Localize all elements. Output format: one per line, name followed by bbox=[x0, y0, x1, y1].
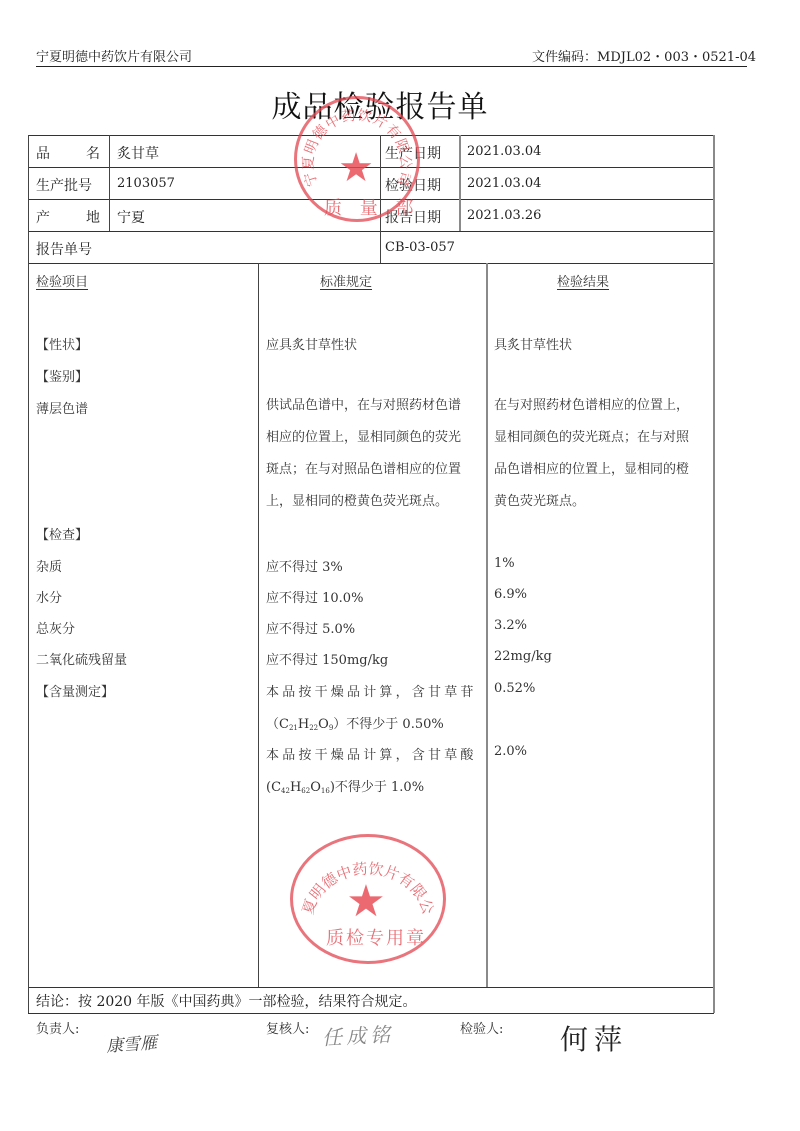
text-line: 品色谱相应的位置上，显相同的橙 bbox=[494, 454, 712, 486]
standard-liquiritin-line2: （C21H22O9）不得少于 0.50% bbox=[266, 713, 444, 732]
production-date: 2021.03.04 bbox=[467, 144, 541, 159]
row-divider bbox=[28, 987, 714, 988]
company-name: 宁夏明德中药饮片有限公司 bbox=[36, 46, 192, 65]
formula-subscript: 21 bbox=[289, 724, 298, 732]
inspection-date: 2021.03.04 bbox=[467, 176, 541, 191]
standard-glycyrrhizic-line2: (C42H62O16)不得少于 1.0% bbox=[266, 776, 424, 795]
text-line: 供试品色谱中，在与对照药材色谱 bbox=[266, 390, 486, 422]
text-line: 显相同颜色的荧光斑点；在与对照 bbox=[494, 422, 712, 454]
result-glycyrrhizic: 2.0% bbox=[494, 744, 527, 759]
label-char: 地 bbox=[86, 207, 100, 227]
col-divider bbox=[258, 263, 259, 987]
text-line: 相应的位置上，显相同颜色的荧光 bbox=[266, 422, 486, 454]
text-line: 斑点；在与对照品色谱相应的位置 bbox=[266, 454, 486, 486]
responsible-signature: 康雪雁 bbox=[105, 1028, 158, 1056]
text-span: 不得少于 0.50% bbox=[346, 717, 443, 732]
text-span: 不得少于 1.0% bbox=[335, 780, 424, 795]
item-total-ash: 总灰分 bbox=[36, 618, 75, 637]
responsible-label: 负责人: bbox=[36, 1018, 79, 1037]
standard-properties: 应具炙甘草性状 bbox=[266, 334, 357, 353]
item-so2-residue: 二氧化硫残留量 bbox=[36, 649, 127, 668]
reviewer-signature: 任成铭 bbox=[321, 1018, 394, 1051]
result-so2-residue: 22mg/kg bbox=[494, 649, 552, 664]
item-identification: 【鉴别】 bbox=[36, 366, 88, 385]
star-icon: ★ bbox=[344, 880, 388, 924]
formula-subscript: 22 bbox=[309, 724, 318, 732]
table-border-right bbox=[713, 135, 715, 1013]
result-liquiritin: 0.52% bbox=[494, 681, 535, 696]
row-divider bbox=[28, 231, 714, 232]
col-divider bbox=[459, 135, 461, 231]
product-name-label: 品 名 bbox=[36, 143, 100, 163]
inspector-signature: 何萍 bbox=[560, 1018, 628, 1058]
table-border-bottom bbox=[28, 1013, 714, 1014]
col-header-standard: 标准规定 bbox=[320, 271, 372, 290]
formula-subscript: 9 bbox=[329, 724, 333, 732]
label-char: 品 bbox=[36, 143, 50, 163]
standard-moisture: 应不得过 10.0% bbox=[266, 587, 363, 606]
item-properties: 【性状】 bbox=[36, 334, 88, 353]
item-inspection: 【检查】 bbox=[36, 524, 88, 543]
formula-subscript: 42 bbox=[281, 787, 290, 795]
report-no: CB-03-057 bbox=[385, 240, 455, 255]
text-line: 在与对照药材色谱相应的位置上， bbox=[494, 390, 712, 422]
header-divider bbox=[36, 66, 747, 67]
col-divider bbox=[109, 135, 110, 231]
result-properties: 具炙甘草性状 bbox=[494, 334, 572, 353]
report-date: 2021.03.26 bbox=[467, 208, 541, 223]
item-impurity: 杂质 bbox=[36, 556, 62, 575]
formula-subscript: 62 bbox=[301, 787, 310, 795]
inspector-label: 检验人: bbox=[460, 1018, 503, 1037]
table-border-left bbox=[28, 135, 29, 1013]
standard-tlc: 供试品色谱中，在与对照药材色谱 相应的位置上，显相同颜色的荧光 斑点；在与对照品… bbox=[266, 390, 486, 518]
standard-liquiritin-line1: 本品按干燥品计算，含甘草苷 bbox=[266, 681, 477, 700]
result-moisture: 6.9% bbox=[494, 587, 527, 602]
formula-subscript: 16 bbox=[321, 787, 330, 795]
row-divider bbox=[28, 263, 714, 264]
batch-number: 2103057 bbox=[117, 176, 175, 191]
stamp-bottom-text: 质 量 部 bbox=[324, 194, 419, 220]
stamp-bottom-text: 质检专用章 bbox=[326, 924, 426, 950]
result-impurity: 1% bbox=[494, 556, 515, 571]
origin: 宁夏 bbox=[117, 207, 145, 227]
file-code: 文件编码：MDJL02・003・0521-04 bbox=[532, 46, 756, 65]
text-line: 上，显相同的橙黄色荧光斑点。 bbox=[266, 486, 486, 518]
star-icon: ★ bbox=[336, 148, 376, 188]
text-line: 黄色荧光斑点。 bbox=[494, 486, 712, 518]
standard-total-ash: 应不得过 5.0% bbox=[266, 618, 355, 637]
result-total-ash: 3.2% bbox=[494, 618, 527, 633]
conclusion: 结论：按 2020 年版《中国药典》一部检验，结果符合规定。 bbox=[36, 991, 417, 1011]
standard-impurity: 应不得过 3% bbox=[266, 556, 343, 575]
product-name: 炙甘草 bbox=[117, 143, 159, 163]
item-assay: 【含量测定】 bbox=[36, 681, 114, 700]
col-header-item: 检验项目 bbox=[36, 271, 88, 290]
reviewer-label: 复核人: bbox=[266, 1018, 309, 1037]
label-char: 名 bbox=[86, 143, 100, 163]
label-char: 产 bbox=[36, 207, 50, 227]
result-tlc: 在与对照药材色谱相应的位置上， 显相同颜色的荧光斑点；在与对照 品色谱相应的位置… bbox=[494, 390, 712, 518]
standard-so2-residue: 应不得过 150mg/kg bbox=[266, 649, 388, 668]
col-divider bbox=[486, 263, 488, 987]
batch-label: 生产批号 bbox=[36, 175, 92, 195]
col-header-result: 检验结果 bbox=[557, 271, 609, 290]
item-tlc: 薄层色谱 bbox=[36, 398, 88, 417]
report-no-label: 报告单号 bbox=[36, 239, 92, 259]
item-moisture: 水分 bbox=[36, 587, 62, 606]
standard-glycyrrhizic-line1: 本品按干燥品计算，含甘草酸 bbox=[266, 744, 477, 763]
origin-label: 产 地 bbox=[36, 207, 100, 227]
